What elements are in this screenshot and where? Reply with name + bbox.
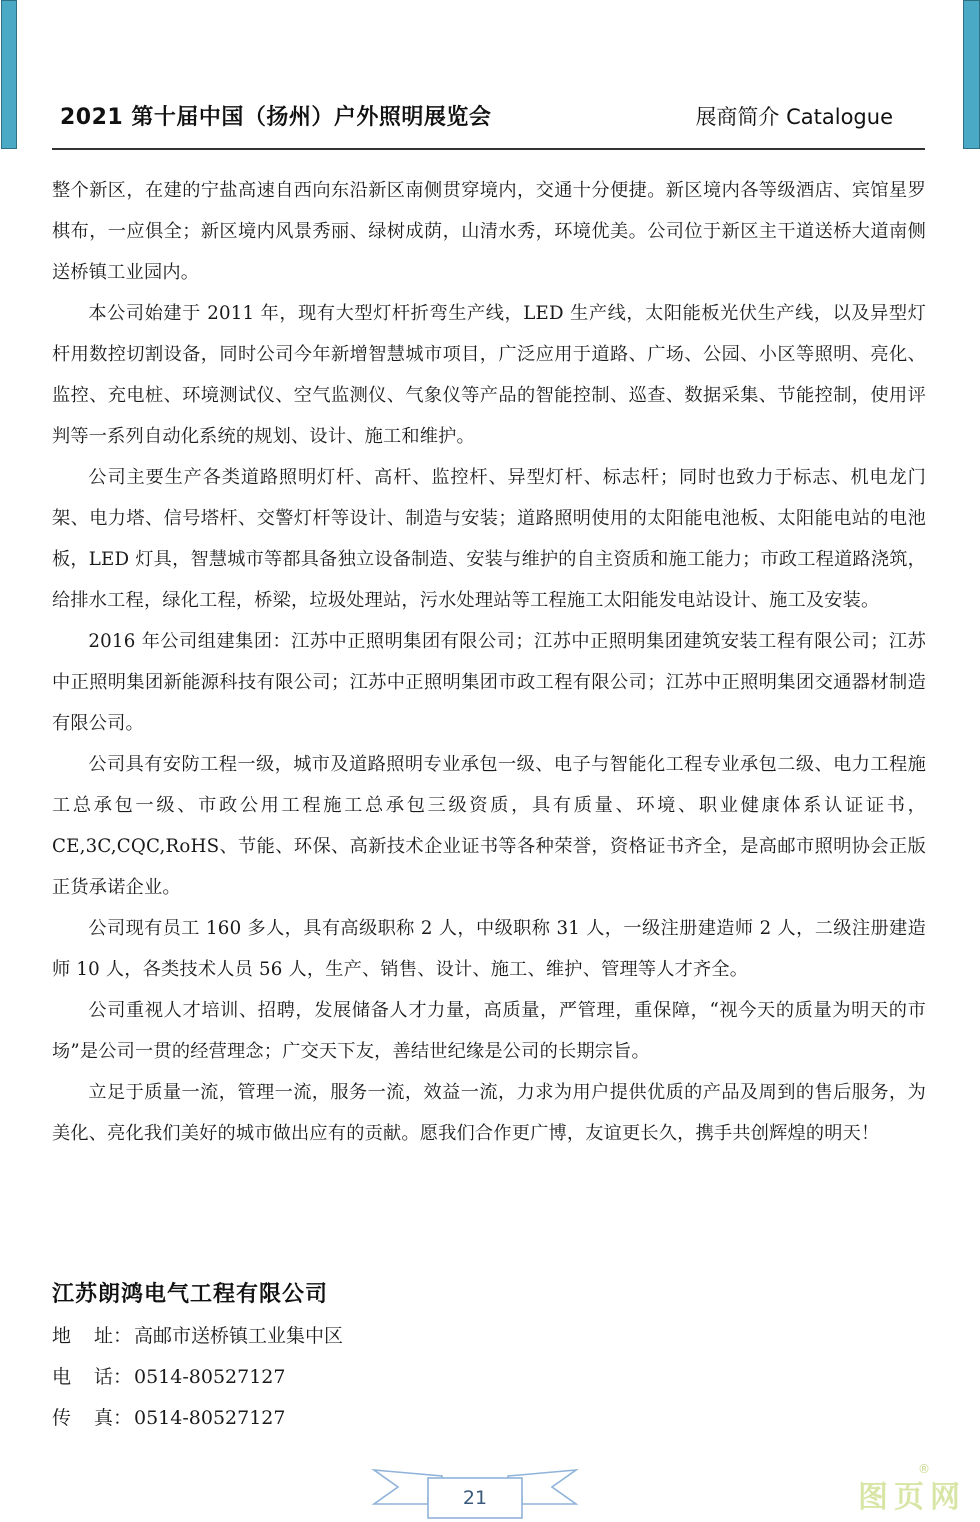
address-label: 地址：: [52, 1316, 134, 1357]
paragraph: 公司具有安防工程一级，城市及道路照明专业承包一级、电子与智能化工程专业承包二级、…: [52, 744, 926, 908]
fax-row: 传真：0514-80527127: [52, 1398, 652, 1439]
page-header: 2021 第十届中国（扬州）户外照明展览会 展商简介 Catalogue: [52, 98, 925, 150]
paragraph: 2016 年公司组建集团：江苏中正照明集团有限公司；江苏中正照明集团建筑安装工程…: [52, 621, 926, 744]
fax-label: 传真：: [52, 1398, 134, 1439]
paragraph: 整个新区，在建的宁盐高速自西向东沿新区南侧贯穿境内，交通十分便捷。新区境内各等级…: [52, 170, 926, 293]
right-accent-bar: [963, 0, 980, 149]
phone-label: 电话：: [52, 1357, 134, 1398]
paragraph: 公司重视人才培训、招聘，发展储备人才力量，高质量，严管理，重保障，“视今天的质量…: [52, 990, 926, 1072]
left-accent-bar: [1, 0, 17, 149]
address-row: 地址：高邮市送桥镇工业集中区: [52, 1316, 652, 1357]
exhibition-title: 2021 第十届中国（扬州）户外照明展览会: [60, 100, 491, 131]
company-description: 整个新区，在建的宁盐高速自西向东沿新区南侧贯穿境内，交通十分便捷。新区境内各等级…: [52, 170, 926, 1154]
company-name: 江苏朗鸿电气工程有限公司: [52, 1276, 652, 1316]
registered-mark-icon: ®: [918, 1462, 930, 1476]
fax-value: 0514-80527127: [134, 1407, 285, 1429]
phone-row: 电话：0514-80527127: [52, 1357, 652, 1398]
header-divider: [52, 148, 925, 150]
company-contact-block: 江苏朗鸿电气工程有限公司 地址：高邮市送桥镇工业集中区 电话：0514-8052…: [52, 1276, 652, 1439]
page-number: 21: [428, 1478, 522, 1518]
paragraph: 本公司始建于 2011 年，现有大型灯杆折弯生产线，LED 生产线，太阳能板光伏…: [52, 293, 926, 457]
paragraph: 公司主要生产各类道路照明灯杆、高杆、监控杆、异型灯杆、标志杆；同时也致力于标志、…: [52, 457, 926, 621]
phone-value: 0514-80527127: [134, 1366, 285, 1388]
address-value: 高邮市送桥镇工业集中区: [134, 1325, 343, 1347]
watermark-logo: 图页网: [858, 1472, 966, 1516]
section-label: 展商简介 Catalogue: [695, 101, 893, 131]
paragraph: 立足于质量一流，管理一流，服务一流，效益一流，力求为用户提供优质的产品及周到的售…: [52, 1072, 926, 1154]
paragraph: 公司现有员工 160 多人，具有高级职称 2 人，中级职称 31 人，一级注册建…: [52, 908, 926, 990]
